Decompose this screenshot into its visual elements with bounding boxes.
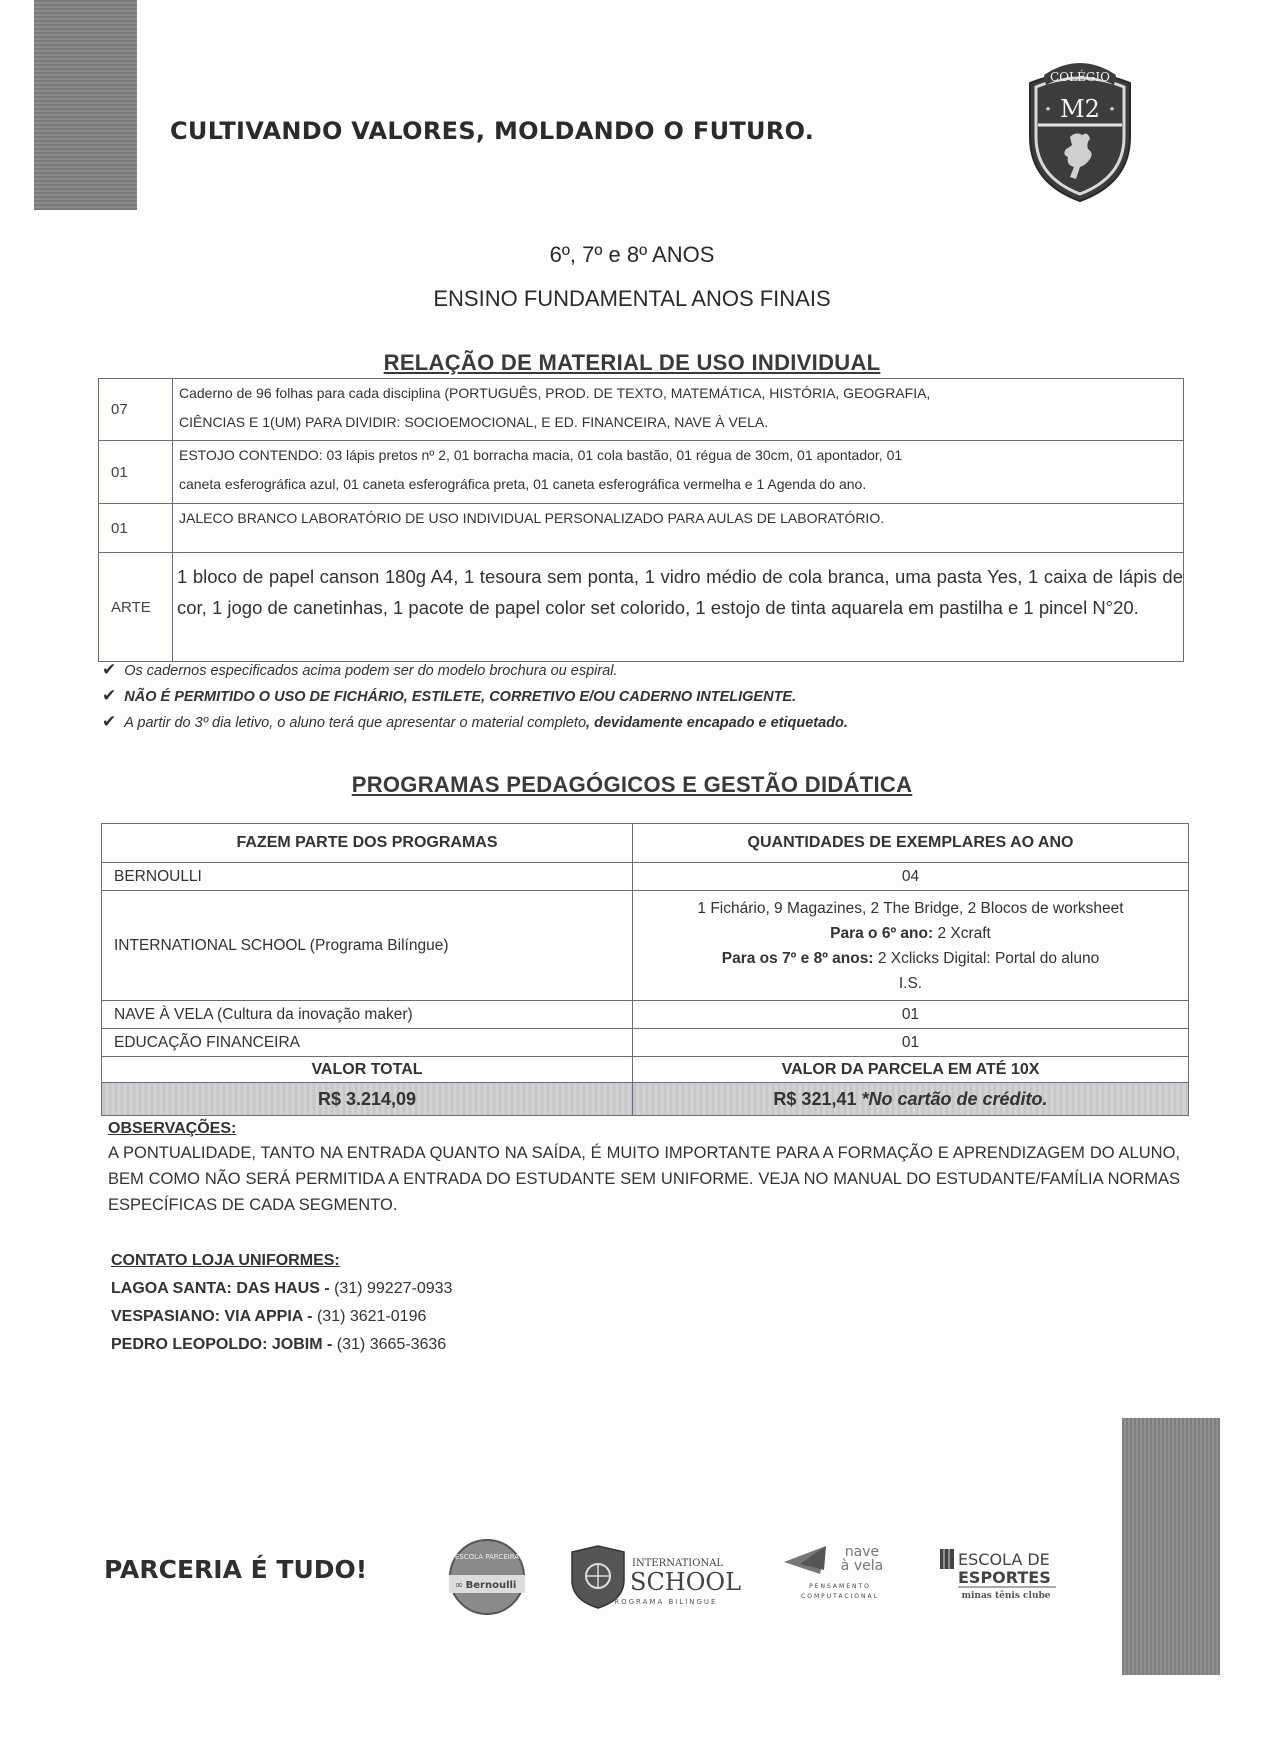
quantity-cell: 01 xyxy=(99,441,173,504)
school-crest-logo: COLÉGIO M2 ★ ★ xyxy=(1020,55,1140,205)
quantity-cell: 07 xyxy=(99,379,173,441)
column-header: FAZEM PARTE DOS PROGRAMAS xyxy=(102,824,633,863)
quantity-cell: 01 xyxy=(99,504,173,553)
materials-title: RELAÇÃO DE MATERIAL DE USO INDIVIDUAL xyxy=(0,350,1264,376)
program-cell: NAVE À VELA (Cultura da inovação maker) xyxy=(102,1001,633,1029)
check-icon: ✔ xyxy=(102,660,116,679)
contact-item: PEDRO LEOPOLDO: JOBIM - (31) 3665-3636 xyxy=(111,1336,452,1364)
table-row: 01 ESTOJO CONTENDO: 03 lápis pretos nº 2… xyxy=(99,441,1184,504)
quantity-cell: 04 xyxy=(633,863,1189,891)
svg-text:SCHOOL: SCHOOL xyxy=(630,1568,741,1596)
svg-text:COMPUTACIONAL: COMPUTACIONAL xyxy=(801,1593,879,1600)
svg-text:M2: M2 xyxy=(1060,95,1100,123)
svg-text:PROGRAMA BILÍNGUE: PROGRAMA BILÍNGUE xyxy=(608,1597,717,1606)
observations-text: A PONTUALIDADE, TANTO NA ENTRADA QUANTO … xyxy=(108,1140,1180,1218)
nave-a-vela-logo: nave à vela PENSAMENTO COMPUTACIONAL xyxy=(780,1540,900,1608)
quantity-cell: 1 Fichário, 9 Magazines, 2 The Bridge, 2… xyxy=(633,891,1189,1001)
note-item: ✔NÃO É PERMITIDO O USO DE FICHÁRIO, ESTI… xyxy=(102,686,848,712)
quantity-cell: 01 xyxy=(633,1001,1189,1029)
escola-de-esportes-logo: ESCOLA DE ESPORTES minas tênis clube xyxy=(938,1545,1068,1605)
svg-text:∞: ∞ xyxy=(455,1580,463,1591)
programs-title: PROGRAMAS PEDAGÓGICOS E GESTÃO DIDÁTICA xyxy=(0,772,1264,798)
table-row: BERNOULLI 04 xyxy=(102,863,1189,891)
quantity-cell: ARTE xyxy=(99,553,173,662)
note-item: ✔Os cadernos especificados acima podem s… xyxy=(102,660,848,686)
svg-text:ESCOLA PARCEIRA: ESCOLA PARCEIRA xyxy=(455,1553,519,1561)
svg-text:Bernoulli: Bernoulli xyxy=(466,1580,517,1591)
column-header: QUANTIDADES DE EXEMPLARES AO ANO xyxy=(633,824,1189,863)
program-cell: EDUCAÇÃO FINANCEIRA xyxy=(102,1029,633,1057)
international-school-logo: INTERNATIONAL SCHOOL PROGRAMA BILÍNGUE xyxy=(568,1542,748,1612)
table-row: NAVE À VELA (Cultura da inovação maker) … xyxy=(102,1001,1189,1029)
decorative-bar-bottom xyxy=(1122,1418,1220,1675)
table-row: 01 JALECO BRANCO LABORATÓRIO DE USO INDI… xyxy=(99,504,1184,553)
description-cell: Caderno de 96 folhas para cada disciplin… xyxy=(173,379,1184,441)
segment-heading: ENSINO FUNDAMENTAL ANOS FINAIS xyxy=(0,286,1264,312)
total-value: R$ 3.214,09 xyxy=(102,1083,633,1116)
svg-text:★: ★ xyxy=(1109,105,1115,113)
materials-notes: ✔Os cadernos especificados acima podem s… xyxy=(102,660,848,738)
table-row: INTERNATIONAL SCHOOL (Programa Bilíngue)… xyxy=(102,891,1189,1001)
bernoulli-logo: ESCOLA PARCEIRA Bernoulli ∞ xyxy=(447,1537,527,1617)
svg-text:★: ★ xyxy=(1045,105,1051,113)
contact-item: LAGOA SANTA: DAS HAUS - (31) 99227-0933 xyxy=(111,1280,452,1308)
materials-table: 07 Caderno de 96 folhas para cada discip… xyxy=(98,378,1184,662)
grades-heading: 6º, 7º e 8º ANOS xyxy=(0,242,1264,268)
table-header-row: FAZEM PARTE DOS PROGRAMAS QUANTIDADES DE… xyxy=(102,824,1189,863)
phone-number: (31) 3665-3636 xyxy=(332,1336,446,1353)
program-cell: INTERNATIONAL SCHOOL (Programa Bilíngue) xyxy=(102,891,633,1001)
program-cell: BERNOULLI xyxy=(102,863,633,891)
phone-number: (31) 99227-0933 xyxy=(330,1280,453,1297)
svg-text:ESPORTES: ESPORTES xyxy=(958,1568,1051,1587)
svg-text:PENSAMENTO: PENSAMENTO xyxy=(809,1583,871,1590)
installment-note: *No cartão de crédito. xyxy=(857,1089,1048,1109)
decorative-bar-top xyxy=(34,0,137,210)
description-cell: ESTOJO CONTENDO: 03 lápis pretos nº 2, 0… xyxy=(173,441,1184,504)
check-icon: ✔ xyxy=(102,686,116,705)
description-cell: 1 bloco de papel canson 180g A4, 1 tesou… xyxy=(173,553,1184,662)
svg-text:COLÉGIO: COLÉGIO xyxy=(1050,69,1110,84)
note-item: ✔A partir do 3º dia letivo, o aluno terá… xyxy=(102,712,848,738)
quantity-cell: 01 xyxy=(633,1029,1189,1057)
slogan: CULTIVANDO VALORES, MOLDANDO O FUTURO. xyxy=(170,117,814,145)
table-row: ARTE 1 bloco de papel canson 180g A4, 1 … xyxy=(99,553,1184,662)
contact-item: VESPASIANO: VIA APPIA - (31) 3621-0196 xyxy=(111,1308,452,1336)
total-row: R$ 3.214,09 R$ 321,41 *No cartão de créd… xyxy=(102,1083,1189,1116)
installment-label: VALOR DA PARCELA EM ATÉ 10X xyxy=(633,1057,1189,1083)
phone-number: (31) 3621-0196 xyxy=(313,1308,427,1325)
table-row: 07 Caderno de 96 folhas para cada discip… xyxy=(99,379,1184,441)
partners-title: PARCERIA É TUDO! xyxy=(104,1555,367,1584)
observations-title: OBSERVAÇÕES: xyxy=(108,1120,1180,1138)
programs-table: FAZEM PARTE DOS PROGRAMAS QUANTIDADES DE… xyxy=(101,823,1189,1116)
total-label: VALOR TOTAL xyxy=(102,1057,633,1083)
installment-value: R$ 321,41 xyxy=(773,1089,856,1109)
check-icon: ✔ xyxy=(102,712,116,731)
svg-text:à vela: à vela xyxy=(841,1558,883,1574)
total-header-row: VALOR TOTAL VALOR DA PARCELA EM ATÉ 10X xyxy=(102,1057,1189,1083)
table-row: EDUCAÇÃO FINANCEIRA 01 xyxy=(102,1029,1189,1057)
svg-text:ESCOLA DE: ESCOLA DE xyxy=(958,1550,1050,1569)
contacts-title: CONTATO LOJA UNIFORMES: xyxy=(111,1252,452,1280)
uniform-store-contacts: CONTATO LOJA UNIFORMES: LAGOA SANTA: DAS… xyxy=(111,1252,452,1364)
svg-text:minas tênis clube: minas tênis clube xyxy=(961,1590,1050,1601)
installment-value-cell: R$ 321,41 *No cartão de crédito. xyxy=(633,1083,1189,1116)
description-cell: JALECO BRANCO LABORATÓRIO DE USO INDIVID… xyxy=(173,504,1184,553)
observations: OBSERVAÇÕES: A PONTUALIDADE, TANTO NA EN… xyxy=(108,1120,1180,1218)
